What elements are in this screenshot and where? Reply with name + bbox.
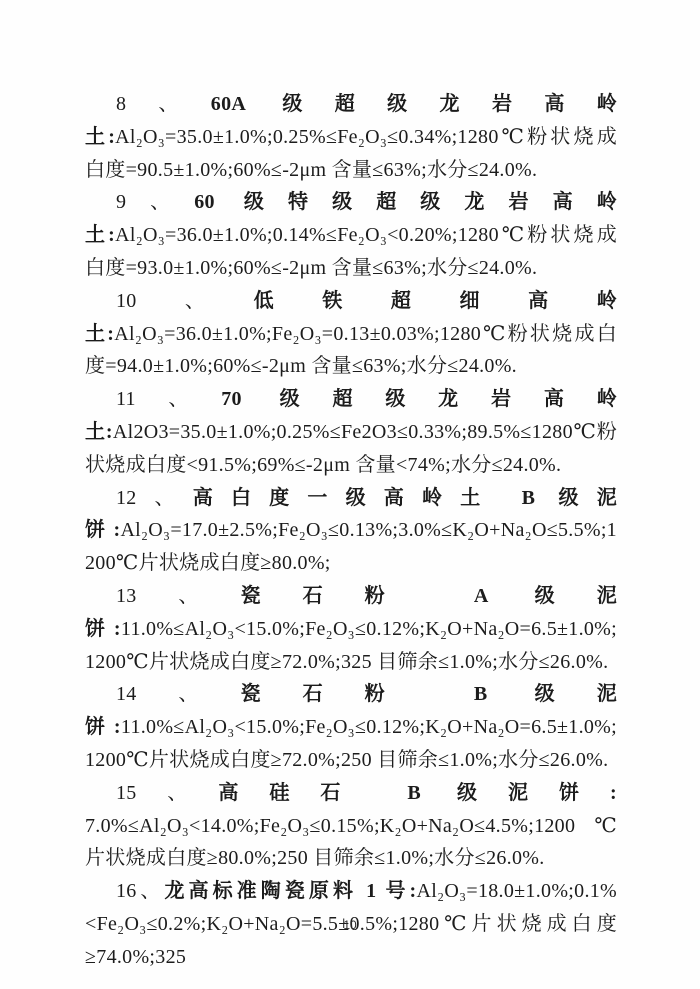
item-number: 8、 <box>116 93 211 115</box>
item-number: 16、 <box>116 880 164 902</box>
item-spec: 11.0%≤Al₂O₃<15.0%;Fe₂O₃≤0.12%;K₂O+Na₂O=6… <box>85 716 617 771</box>
item-title: 龙高标准陶瓷原料 1 号: <box>164 880 416 902</box>
item-number: 10、 <box>116 290 254 312</box>
item-number: 13、 <box>116 585 241 607</box>
item-spec: Al₂O₃=35.0±1.0%;0.25%≤Fe₂O₃≤0.34%;1280℃粉… <box>85 126 617 181</box>
spec-item-8: 8、60A 级超级龙岩高岭土:Al₂O₃=35.0±1.0%;0.25%≤Fe₂… <box>85 88 617 186</box>
spec-item-13: 13、瓷石粉 A 级泥饼:11.0%≤Al₂O₃<15.0%;Fe₂O₃≤0.1… <box>85 580 617 678</box>
spec-item-15: 15、高硅石 B 级泥饼: 7.0%≤Al₂O₃<14.0%;Fe₂O₃≤0.1… <box>85 777 617 875</box>
item-spec: Al₂O₃=17.0±2.5%;Fe₂O₃≤0.13%;3.0%≤K₂O+Na₂… <box>85 519 617 574</box>
item-spec: 11.0%≤Al₂O₃<15.0%;Fe₂O₃≤0.12%;K₂O+Na₂O=6… <box>85 618 617 673</box>
item-number: 12、 <box>116 487 193 509</box>
item-spec: Al₂O₃=36.0±1.0%;Fe₂O₃=0.13±0.03%;1280℃粉状… <box>85 323 617 378</box>
document-body: 8、60A 级超级龙岩高岭土:Al₂O₃=35.0±1.0%;0.25%≤Fe₂… <box>85 88 617 974</box>
spec-item-10: 10、低铁超细高岭土:Al₂O₃=36.0±1.0%;Fe₂O₃=0.13±0.… <box>85 285 617 383</box>
spec-item-11: 11、70 级超级龙岩高岭土:Al2O3=35.0±1.0%;0.25%≤Fe2… <box>85 383 617 481</box>
item-number: 15、 <box>116 782 218 804</box>
item-number: 11、 <box>116 388 221 410</box>
spec-item-12: 12、高白度一级高岭土 B 级泥饼:Al₂O₃=17.0±2.5%;Fe₂O₃≤… <box>85 482 617 580</box>
item-spec: Al2O3=35.0±1.0%;0.25%≤Fe2O3≤0.33%;89.5%≤… <box>85 421 617 476</box>
item-spec: 7.0%≤Al₂O₃<14.0%;Fe₂O₃≤0.15%;K₂O+Na₂O≤4.… <box>85 815 617 870</box>
document-page: 8、60A 级超级龙岩高岭土:Al₂O₃=35.0±1.0%;0.25%≤Fe₂… <box>0 0 700 989</box>
item-title: 高硅石 B 级泥饼: <box>218 782 617 804</box>
spec-item-14: 14、瓷石粉 B 级泥饼:11.0%≤Al₂O₃<15.0%;Fe₂O₃≤0.1… <box>85 678 617 776</box>
item-number: 9、 <box>116 191 194 213</box>
item-number: 14、 <box>116 683 241 705</box>
spec-item-9: 9、60 级特级超级龙岩高岭土:Al₂O₃=36.0±1.0%;0.14%≤Fe… <box>85 186 617 284</box>
item-spec: Al₂O₃=36.0±1.0%;0.14%≤Fe₂O₃<0.20%;1280℃粉… <box>85 224 617 279</box>
page-number: 10 <box>0 918 700 932</box>
